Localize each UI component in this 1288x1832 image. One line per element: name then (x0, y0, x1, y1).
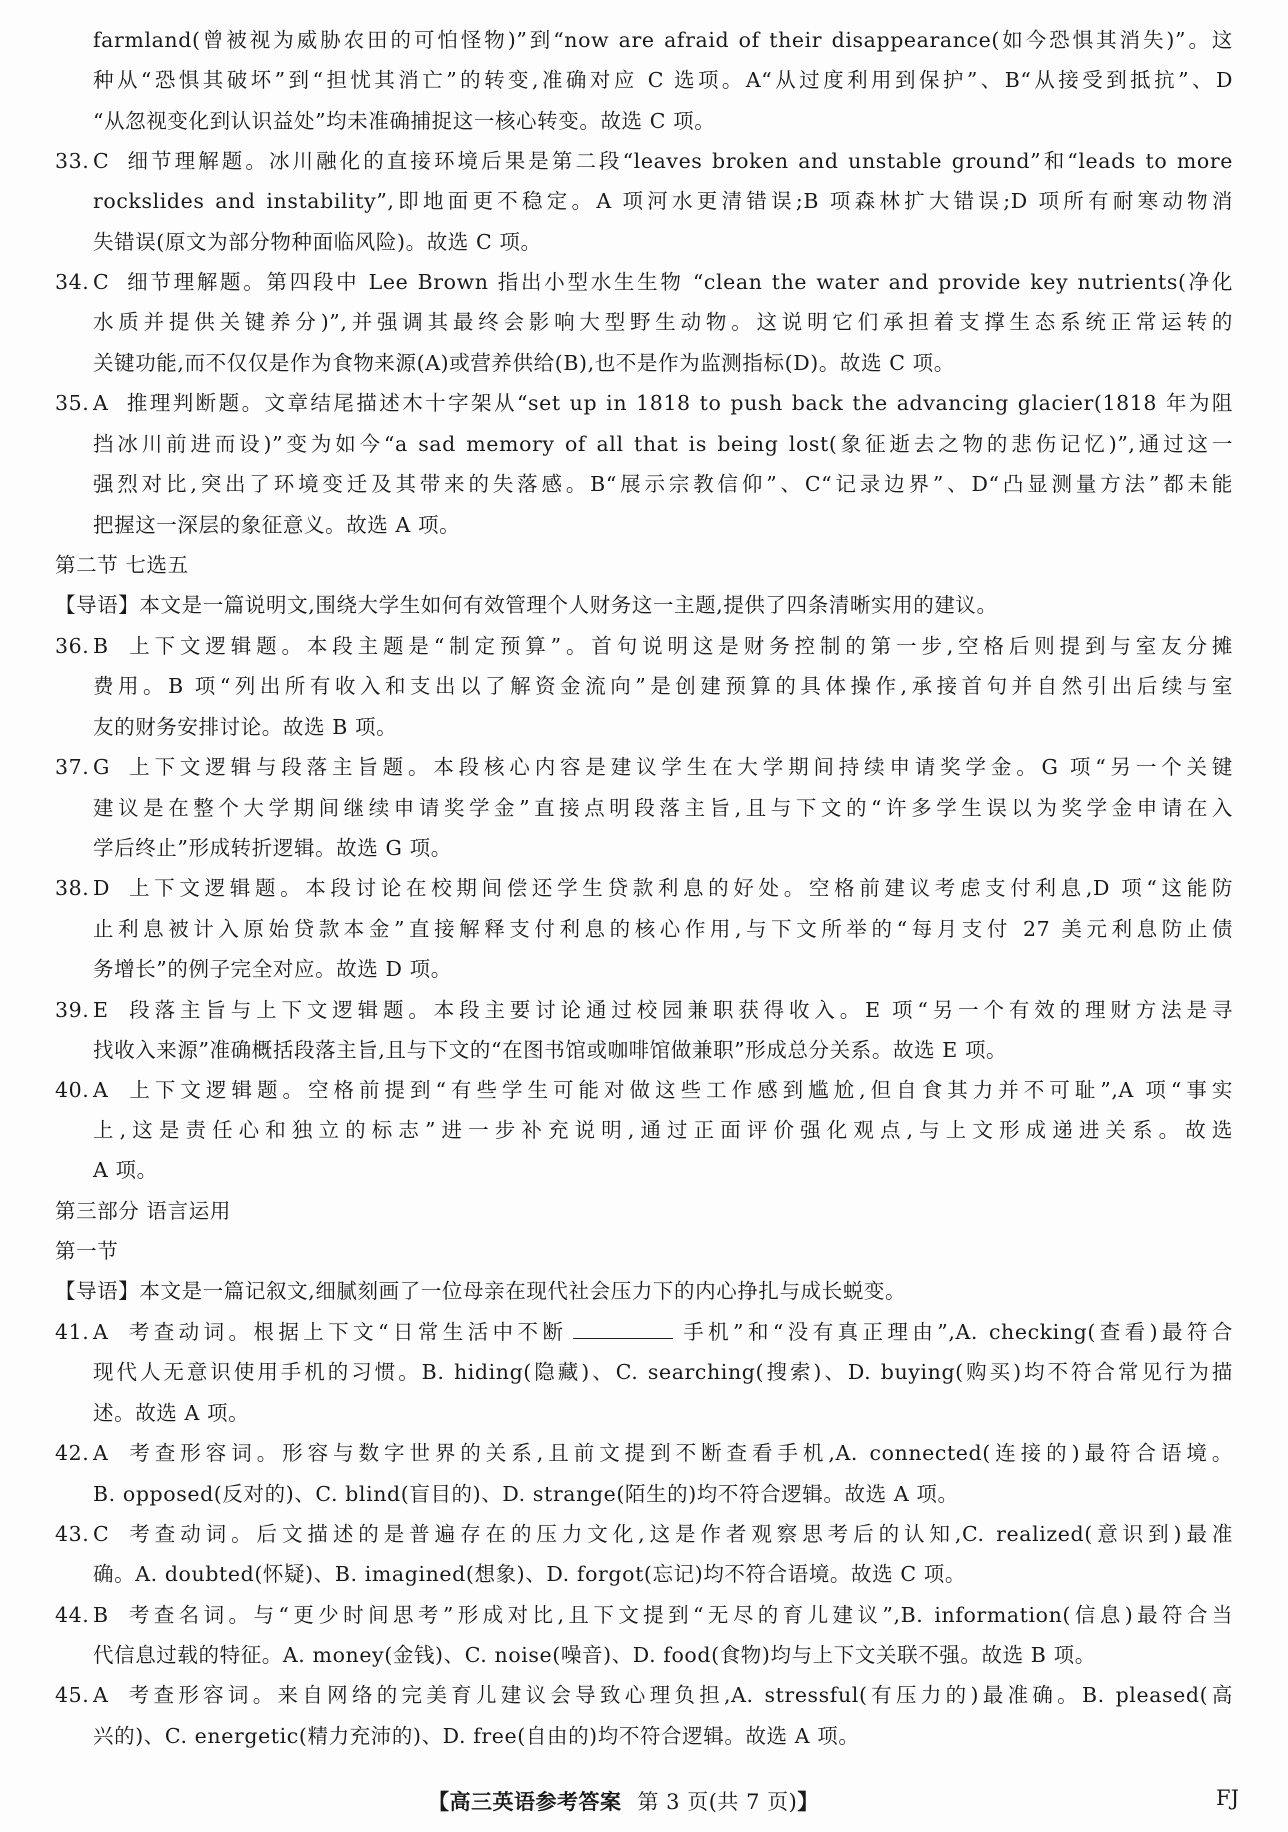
answer-item-40: 40.A上下文逻辑题。空格前提到“有些学生可能对做这些工作感到尴尬,但自食其力并… (55, 1076, 1233, 1104)
answer-item-34: 34.C细节理解题。第四段中 Lee Brown 指出小型水生生物 “clean… (55, 268, 1233, 296)
explanation-text: 上下文逻辑与段落主旨题。本段核心内容是建议学生在大学期间持续申请奖学金。G 项“… (125, 755, 1233, 779)
question-number: 40. (55, 1076, 93, 1104)
section-heading: 第一节 (55, 1237, 118, 1265)
question-number: 44. (55, 1601, 93, 1629)
answer-letter: E (93, 996, 125, 1024)
text-line: 把握这一深层的象征意义。故选 A 项。 (93, 511, 1233, 539)
question-number: 38. (55, 874, 93, 902)
explanation-text: 推理判断题。文章结尾描述木十字架从“set up in 1818 to push… (125, 391, 1233, 415)
text-line: 务增长”的例子完全对应。故选 D 项。 (93, 955, 1233, 983)
answer-letter: B (93, 632, 125, 660)
text-line: 费用。B 项“列出所有收入和支出以了解资金流向”是创建预算的具体操作,承接首句并… (93, 672, 1233, 700)
text-line: rockslides and instability”,即地面更不稳定。A 项河… (93, 187, 1233, 215)
text-line: A 项。 (93, 1156, 1233, 1184)
explanation-text: 细节理解题。冰川融化的直接环境后果是第二段“leaves broken and … (125, 149, 1233, 173)
question-number: 36. (55, 632, 93, 660)
answer-letter: B (93, 1601, 125, 1629)
text-line: 强烈对比,突出了环境变迁及其带来的失落感。B“展示宗教信仰”、C“记录边界”、D… (93, 470, 1233, 498)
text-line: 友的财务安排讨论。故选 B 项。 (93, 713, 1233, 741)
text-line: 找收入来源”准确概括段落主旨,且与下文的“在图书馆或咖啡馆做兼职”形成总分关系。… (93, 1036, 1233, 1064)
footer-title: 【高三英语参考答案第 3 页(共 7 页)】 (428, 1786, 819, 1816)
text-line: 水质并提供关键养分)”,并强调其最终会影响大型野生动物。这说明它们承担着支撑生态… (93, 308, 1233, 336)
explanation-text: 手机”和“没有真正理由”,A. checking(查看)最符合 (679, 1320, 1233, 1344)
answer-letter: A (93, 1076, 125, 1104)
answer-letter: C (93, 1520, 125, 1548)
answer-item-45: 45.A考查形容词。来自网络的完美育儿建议会导致心理负担,A. stressfu… (55, 1681, 1233, 1709)
text-line: 建议是在整个大学期间继续申请奖学金”直接点明段落主旨,且与下文的“许多学生误以为… (93, 794, 1233, 822)
answer-letter: A (93, 1318, 125, 1346)
answer-letter: G (93, 753, 125, 781)
question-number: 39. (55, 996, 93, 1024)
answer-letter: A (93, 1439, 125, 1467)
explanation-text: 考查形容词。来自网络的完美育儿建议会导致心理负担,A. stressful(有压… (125, 1683, 1233, 1707)
explanation-text: 考查名词。与“更少时间思考”形成对比,且下文提到“无尽的育儿建议”,B. inf… (125, 1603, 1233, 1627)
text-line: 述。故选 A 项。 (93, 1399, 1233, 1427)
text-line: 兴的)、C. energetic(精力充沛的)、D. free(自由的)均不符合… (93, 1722, 1233, 1750)
text-line: farmland(曾被视为威胁农田的可怕怪物)”到“now are afraid… (93, 26, 1233, 54)
explanation-text: 上下文逻辑题。本段讨论在校期间偿还学生贷款利息的好处。空格前建议考虑支付利息,D… (125, 876, 1233, 900)
answer-item-37: 37.G上下文逻辑与段落主旨题。本段核心内容是建议学生在大学期间持续申请奖学金。… (55, 753, 1233, 781)
text-line: 学后终止”形成转折逻辑。故选 G 项。 (93, 834, 1233, 862)
text-line: 种从“恐惧其破坏”到“担忧其消亡”的转变,准确对应 C 选项。A“从过度利用到保… (93, 66, 1233, 94)
question-number: 41. (55, 1318, 93, 1346)
answer-item-41: 41.A考查动词。根据上下文“日常生活中不断手机”和“没有真正理由”,A. ch… (55, 1318, 1233, 1346)
explanation-text: 细节理解题。第四段中 Lee Brown 指出小型水生生物 “clean the… (125, 270, 1233, 294)
answer-item-39: 39.E段落主旨与上下文逻辑题。本段主要讨论通过校园兼职获得收入。E 项“另一个… (55, 996, 1233, 1024)
text-line: 止利息被计入原始贷款本金”直接解释支付利息的核心作用,与下文所举的“每月支付 2… (93, 915, 1233, 943)
explanation-text: 考查形容词。形容与数字世界的关系,且前文提到不断查看手机,A. connecte… (125, 1441, 1233, 1465)
answer-item-43: 43.C考查动词。后文描述的是普遍存在的压力文化,这是作者观察思考后的认知,C.… (55, 1520, 1233, 1548)
question-number: 42. (55, 1439, 93, 1467)
text-line: 代信息过载的特征。A. money(金钱)、C. noise(噪音)、D. fo… (93, 1641, 1233, 1669)
answer-letter: C (93, 147, 125, 175)
question-number: 35. (55, 389, 93, 417)
question-number: 37. (55, 753, 93, 781)
question-number: 43. (55, 1520, 93, 1548)
page-number: 第 3 页(共 7 页) (638, 1790, 798, 1814)
explanation-text: 上下文逻辑题。空格前提到“有些学生可能对做这些工作感到尴尬,但自食其力并不可耻”… (125, 1078, 1233, 1102)
answer-letter: D (93, 874, 125, 902)
document-page: farmland(曾被视为威胁农田的可怕怪物)”到“now are afraid… (0, 0, 1288, 1832)
answer-item-36: 36.B上下文逻辑题。本段主题是“制定预算”。首句说明这是财务控制的第一步,空格… (55, 632, 1233, 660)
question-number: 33. (55, 147, 93, 175)
intro-paragraph: 【导语】本文是一篇说明文,围绕大学生如何有效管理个人财务这一主题,提供了四条清晰… (55, 591, 998, 619)
text-line: 现代人无意识使用手机的习惯。B. hiding(隐藏)、C. searching… (93, 1358, 1233, 1386)
text-line: 挡冰川前进而设)”变为如今“a sad memory of all that i… (93, 430, 1233, 458)
answer-item-38: 38.D上下文逻辑题。本段讨论在校期间偿还学生贷款利息的好处。空格前建议考虑支付… (55, 874, 1233, 902)
question-number: 34. (55, 268, 93, 296)
part-heading: 第三部分 语言运用 (55, 1197, 231, 1225)
explanation-text: 考查动词。后文描述的是普遍存在的压力文化,这是作者观察思考后的认知,C. rea… (125, 1522, 1233, 1546)
text-line: 失错误(原文为部分物种面临风险)。故选 C 项。 (93, 228, 1233, 256)
question-number: 45. (55, 1681, 93, 1709)
section-heading: 第二节 七选五 (55, 551, 189, 579)
answer-item-33: 33.C细节理解题。冰川融化的直接环境后果是第二段“leaves broken … (55, 147, 1233, 175)
explanation-text: 段落主旨与上下文逻辑题。本段主要讨论通过校园兼职获得收入。E 项“另一个有效的理… (125, 998, 1233, 1022)
text-line: B. opposed(反对的)、C. blind(盲目的)、D. strange… (93, 1480, 1233, 1508)
answer-letter: A (93, 389, 125, 417)
explanation-text: 考查动词。根据上下文“日常生活中不断 (125, 1320, 567, 1344)
answer-letter: C (93, 268, 125, 296)
answer-item-35: 35.A推理判断题。文章结尾描述木十字架从“set up in 1818 to … (55, 389, 1233, 417)
text-line: 关键功能,而不仅仅是作为食物来源(A)或营养供给(B),也不是作为监测指标(D)… (93, 349, 1233, 377)
document-title: 高三英语参考答案 (450, 1789, 622, 1814)
fill-in-blank (573, 1318, 673, 1339)
text-line: “从忽视变化到认识益处”均未准确捕捉这一核心转变。故选 C 项。 (93, 107, 1233, 135)
answer-item-44: 44.B考查名词。与“更少时间思考”形成对比,且下文提到“无尽的育儿建议”,B.… (55, 1601, 1233, 1629)
answer-item-42: 42.A考查形容词。形容与数字世界的关系,且前文提到不断查看手机,A. conn… (55, 1439, 1233, 1467)
region-code: FJ (1216, 1786, 1239, 1810)
intro-paragraph: 【导语】本文是一篇记叙文,细腻刻画了一位母亲在现代社会压力下的内心挣扎与成长蜕变… (55, 1277, 906, 1305)
explanation-text: 上下文逻辑题。本段主题是“制定预算”。首句说明这是财务控制的第一步,空格后则提到… (125, 634, 1233, 658)
text-line: 确。A. doubted(怀疑)、B. imagined(想象)、D. forg… (93, 1560, 1233, 1588)
answer-letter: A (93, 1681, 125, 1709)
text-line: 上,这是责任心和独立的标志”进一步补充说明,通过正面评价强化观点,与上文形成递进… (93, 1116, 1233, 1144)
